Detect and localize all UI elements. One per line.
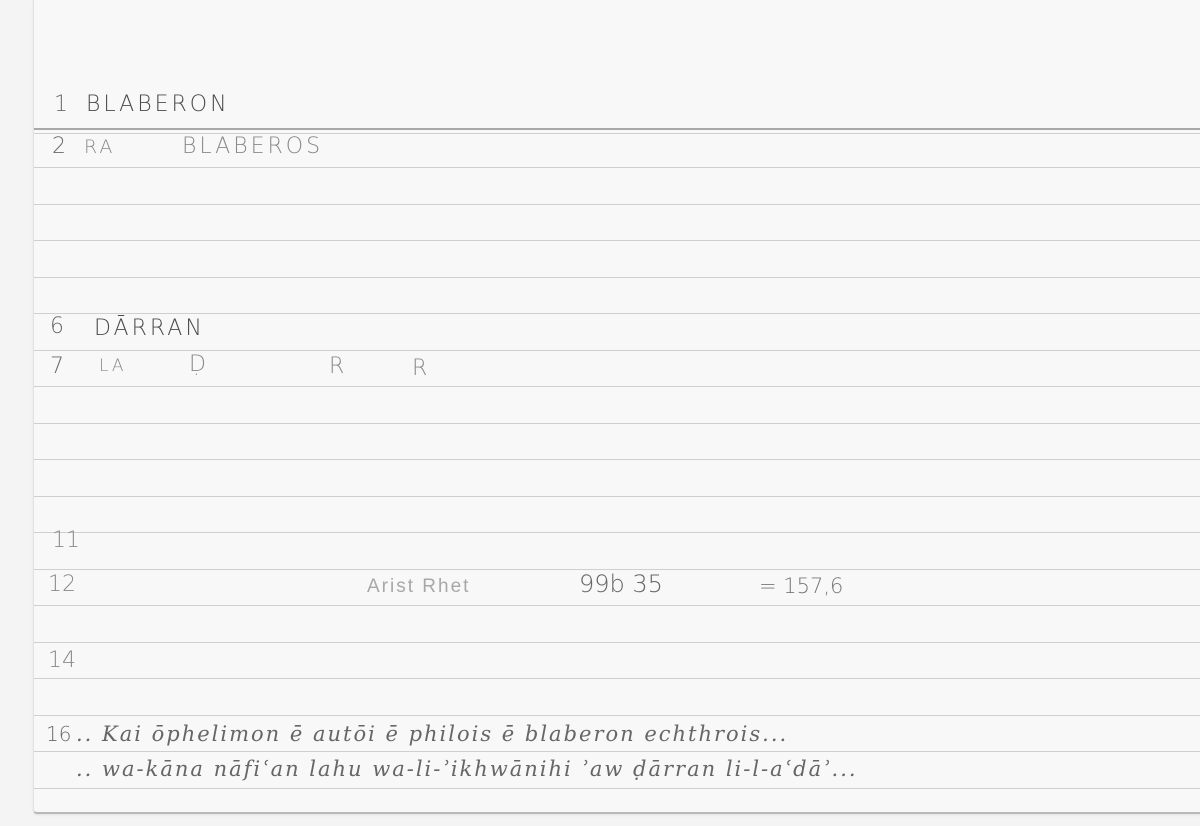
- line-7-mark-3: R: [412, 356, 430, 381]
- translation-reference: = 157,6: [759, 574, 843, 598]
- ruled-line: [34, 496, 1200, 497]
- line-number-16: 16: [46, 722, 71, 746]
- line-2-text: BLABEROS: [182, 134, 323, 159]
- index-card: 1 BLABERON 2 RA BLABEROS 6 DĀRRAN 7 LA Ḍ…: [33, 0, 1200, 814]
- line-number-11: 11: [52, 528, 80, 553]
- line-7-mark-1: Ḍ: [189, 352, 209, 377]
- ruled-line: [34, 605, 1200, 606]
- line-number-6: 6: [50, 314, 64, 339]
- line-number-14: 14: [48, 648, 76, 673]
- line-number-12: 12: [48, 572, 76, 597]
- ruled-line: [34, 788, 1200, 789]
- ruled-line: [34, 386, 1200, 387]
- ruled-line: [34, 678, 1200, 679]
- line-2-prefix: RA: [84, 136, 115, 158]
- line-number-2: 2: [52, 134, 66, 159]
- line-7-mark-2: R: [329, 354, 347, 379]
- headword-arabic: DĀRRAN: [94, 316, 205, 341]
- headword-greek: BLABERON: [86, 92, 230, 117]
- ruled-line: [34, 350, 1200, 351]
- ruled-line: [34, 751, 1200, 752]
- ruled-line: [34, 277, 1200, 278]
- line-7-prefix: LA: [99, 356, 127, 376]
- ruled-line: [34, 128, 1200, 130]
- arabic-translation: .. wa-kāna nāfiʿan lahu wa-li-ʾikhwānihi…: [76, 757, 858, 781]
- source-stamp: Arist Rhet: [367, 576, 470, 598]
- ruled-line: [34, 532, 1200, 533]
- ruled-line: [34, 240, 1200, 241]
- ruled-line: [34, 642, 1200, 643]
- source-reference: 99b 35: [579, 570, 663, 598]
- ruled-line: [34, 313, 1200, 314]
- ruled-line: [34, 715, 1200, 716]
- greek-quotation: .. Kai ōphelimon ē autōi ē philois ē bla…: [76, 722, 788, 746]
- ruled-line: [34, 423, 1200, 424]
- ruled-line: [34, 459, 1200, 460]
- ruled-line: [34, 167, 1200, 168]
- line-number-1: 1: [54, 92, 68, 117]
- ruled-line: [34, 204, 1200, 205]
- line-number-7: 7: [50, 354, 64, 379]
